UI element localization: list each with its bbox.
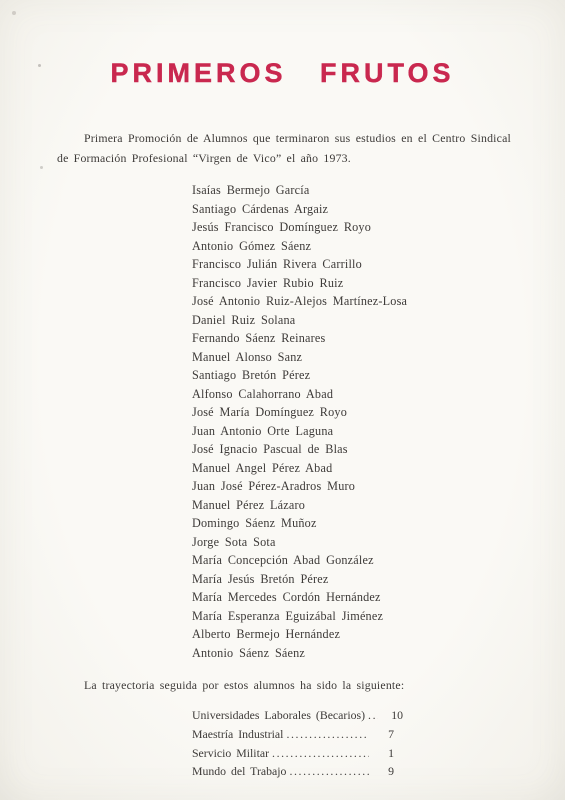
stat-value: 10 bbox=[381, 706, 403, 725]
student-name: Francisco Javier Rubio Ruiz bbox=[192, 274, 565, 293]
student-name: María Esperanza Eguizábal Jiménez bbox=[192, 607, 565, 626]
student-list: Isaías Bermejo GarcíaSantiago Cárdenas A… bbox=[192, 181, 565, 662]
student-name: Juan Antonio Orte Laguna bbox=[192, 422, 565, 441]
trajectory-heading: La trayectoria seguida por estos alumnos… bbox=[57, 676, 511, 694]
stat-value: 1 bbox=[372, 744, 394, 763]
scan-speck bbox=[40, 166, 43, 169]
intro-paragraph: Primera Promoción de Alumnos que termina… bbox=[57, 128, 511, 168]
stat-label: Maestría Industrial bbox=[192, 725, 283, 744]
stat-row: Servicio Militar 1 bbox=[192, 744, 394, 763]
student-name: Isaías Bermejo García bbox=[192, 181, 565, 200]
student-name: Alberto Bermejo Hernández bbox=[192, 625, 565, 644]
stat-label: Servicio Militar bbox=[192, 744, 269, 763]
student-name: Juan José Pérez-Aradros Muro bbox=[192, 477, 565, 496]
stat-row: Mundo del Trabajo 9 bbox=[192, 762, 394, 781]
student-name: José Ignacio Pascual de Blas bbox=[192, 440, 565, 459]
student-name: José María Domínguez Royo bbox=[192, 403, 565, 422]
dot-leader bbox=[289, 762, 369, 781]
stat-value: 7 bbox=[372, 725, 394, 744]
student-name: Jesús Francisco Domínguez Royo bbox=[192, 218, 565, 237]
scanned-document-page: PRIMEROS FRUTOS Primera Promoción de Alu… bbox=[0, 0, 565, 800]
student-name: Francisco Julián Rivera Carrillo bbox=[192, 255, 565, 274]
dot-leader bbox=[368, 706, 378, 725]
student-name: Alfonso Calahorrano Abad bbox=[192, 385, 565, 404]
student-name: María Mercedes Cordón Hernández bbox=[192, 588, 565, 607]
student-name: Daniel Ruiz Solana bbox=[192, 311, 565, 330]
dot-leader bbox=[272, 744, 369, 763]
stat-row: Universidades Laborales (Becarios) 10 bbox=[192, 706, 394, 725]
student-name: Manuel Angel Pérez Abad bbox=[192, 459, 565, 478]
student-name: María Concepción Abad González bbox=[192, 551, 565, 570]
student-name: Domingo Sáenz Muñoz bbox=[192, 514, 565, 533]
dot-leader bbox=[286, 725, 369, 744]
page-title: PRIMEROS FRUTOS bbox=[0, 18, 565, 88]
student-name: Antonio Gómez Sáenz bbox=[192, 237, 565, 256]
student-name: María Jesús Bretón Pérez bbox=[192, 570, 565, 589]
stat-label: Universidades Laborales (Becarios) bbox=[192, 706, 365, 725]
student-name: Fernando Sáenz Reinares bbox=[192, 329, 565, 348]
trajectory-stats: Universidades Laborales (Becarios) 10 Ma… bbox=[192, 706, 394, 781]
student-name: Manuel Alonso Sanz bbox=[192, 348, 565, 367]
student-name: Manuel Pérez Lázaro bbox=[192, 496, 565, 515]
student-name: Antonio Sáenz Sáenz bbox=[192, 644, 565, 663]
stat-row: Maestría Industrial 7 bbox=[192, 725, 394, 744]
student-name: Jorge Sota Sota bbox=[192, 533, 565, 552]
stat-label: Mundo del Trabajo bbox=[192, 762, 286, 781]
student-name: José Antonio Ruiz-Alejos Martínez-Losa bbox=[192, 292, 565, 311]
student-name: Santiago Bretón Pérez bbox=[192, 366, 565, 385]
scan-speck bbox=[12, 11, 16, 15]
stat-value: 9 bbox=[372, 762, 394, 781]
student-name: Santiago Cárdenas Argaiz bbox=[192, 200, 565, 219]
